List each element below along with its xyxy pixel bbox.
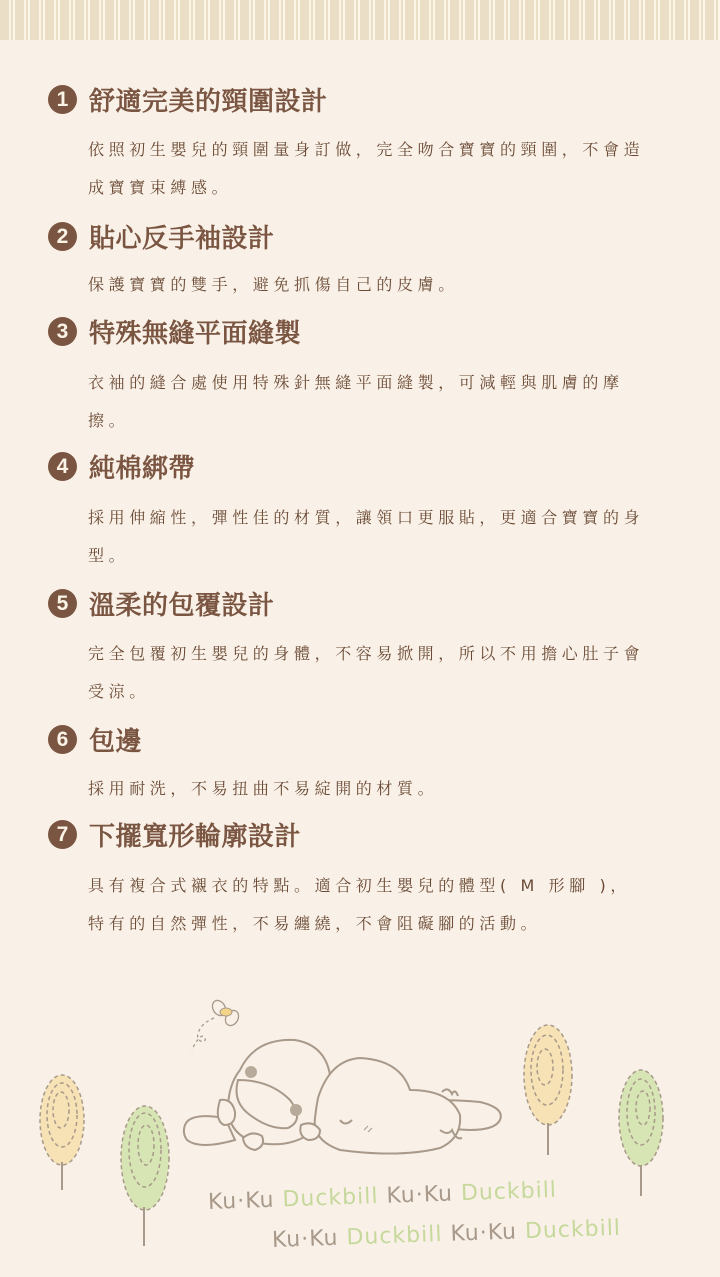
feature-description: 完全包覆初生嬰兒的身體，不容易掀開，所以不用擔心肚子會受涼。 <box>88 635 648 711</box>
feature-description: 具有複合式襯衣的特點。適合初生嬰兒的體型( M 形腳 )，特有的自然彈性，不易纏… <box>88 867 648 943</box>
feature-title: 下擺寬形輪廓設計 <box>89 816 301 853</box>
tree-green-icon <box>619 1070 663 1196</box>
number-badge-icon: 5 <box>48 589 77 618</box>
number-badge-icon: 7 <box>48 820 77 849</box>
feature-title: 貼心反手袖設計 <box>89 218 275 255</box>
feature-title: 舒適完美的頸圍設計 <box>89 81 328 118</box>
feature-description: 保護寶寶的雙手，避免抓傷自己的皮膚。 <box>88 266 648 304</box>
brand-duckbill-text: Duckbill <box>461 1178 558 1206</box>
brand-ku-text: Ku·Ku <box>208 1188 275 1215</box>
feature-description: 採用耐洗，不易扭曲不易綻開的材質。 <box>88 770 648 808</box>
feature-title: 純棉綁帶 <box>89 448 195 485</box>
brand-ku-text: Ku·Ku <box>386 1181 453 1208</box>
brand-duckbill-text: Duckbill <box>525 1216 622 1244</box>
number-badge-icon: 3 <box>48 317 77 346</box>
tree-yellow-icon <box>524 1025 572 1155</box>
feature-title: 包邊 <box>89 721 142 758</box>
brand-duckbill-text: Duckbill <box>282 1184 379 1212</box>
number-badge-icon: 6 <box>48 725 77 754</box>
number-badge-icon: 2 <box>48 222 77 251</box>
feature-description: 採用伸縮性，彈性佳的材質，讓領口更服貼，更適合寶寶的身型。 <box>88 499 648 575</box>
feature-description: 依照初生嬰兒的頸圍量身訂做，完全吻合寶寶的頸圍，不會造成寶寶束縛感。 <box>88 131 648 207</box>
number-badge-icon: 4 <box>48 452 77 481</box>
tree-green-icon <box>121 1106 169 1246</box>
brand-duckbill-text: Duckbill <box>346 1222 443 1250</box>
decorative-stripe-band <box>0 0 720 40</box>
mascot-illustration: Ku·Ku Duckbill Ku·Ku Duckbill Ku·Ku Duck… <box>0 990 720 1277</box>
brand-ku-text: Ku·Ku <box>272 1226 339 1253</box>
bee-icon <box>192 998 241 1050</box>
brand-ku-text: Ku·Ku <box>450 1219 517 1246</box>
tree-yellow-icon <box>40 1075 84 1190</box>
feature-description: 衣袖的縫合處使用特殊針無縫平面縫製，可減輕與肌膚的摩擦。 <box>88 364 648 440</box>
feature-title: 溫柔的包覆設計 <box>89 585 275 622</box>
number-badge-icon: 1 <box>48 85 77 114</box>
feature-title: 特殊無縫平面縫製 <box>89 313 301 350</box>
platypus-right-icon <box>300 1058 501 1154</box>
